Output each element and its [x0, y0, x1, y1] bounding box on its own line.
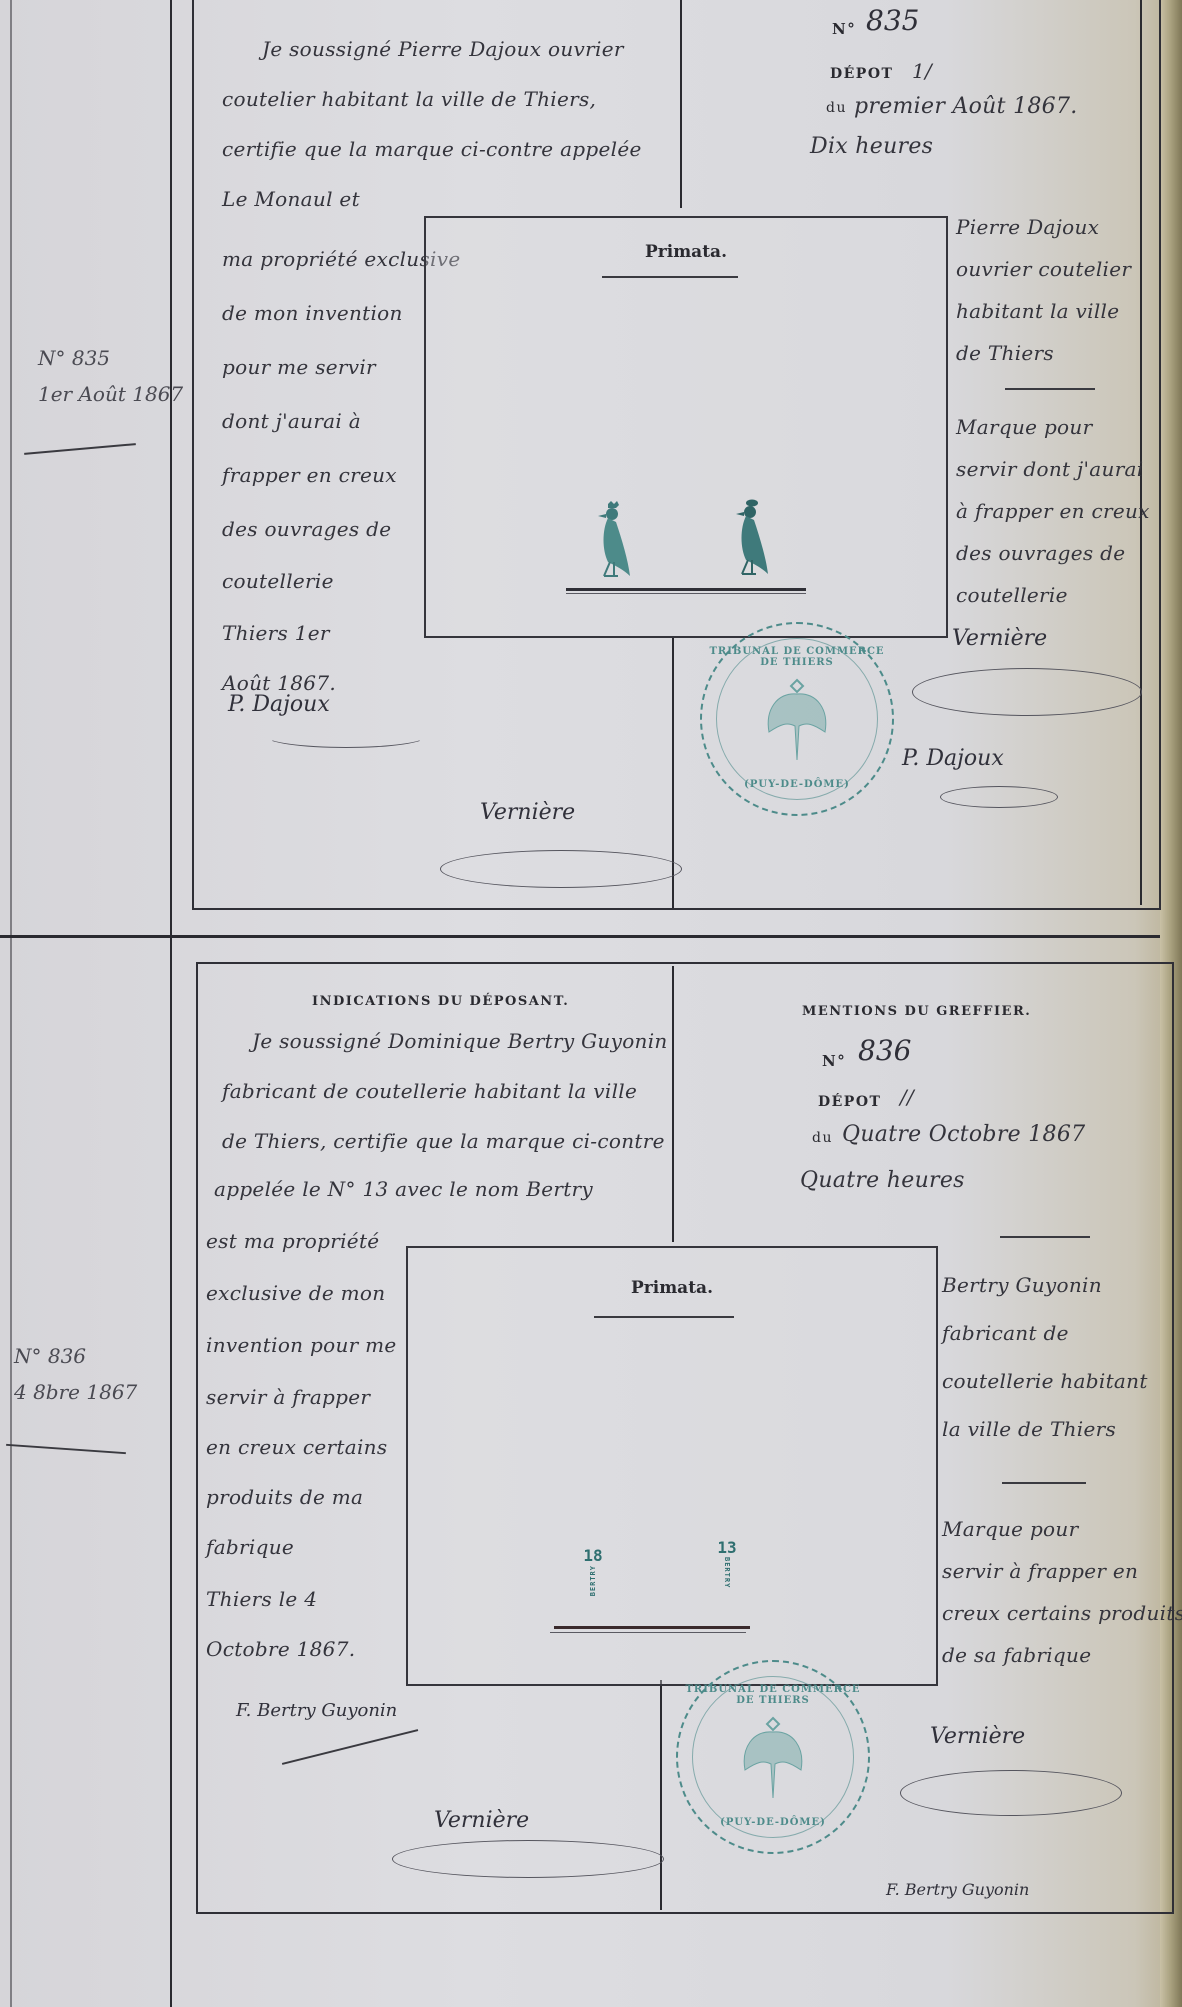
- deposant-line: de mon invention: [222, 290, 403, 336]
- column-divider: [680, 0, 682, 208]
- deposit-time: Dix heures: [810, 124, 933, 170]
- du-label: du: [826, 100, 847, 116]
- deposit-number: 835: [866, 4, 919, 37]
- deposant-header: INDICATIONS DU DÉPOSANT.: [312, 994, 569, 1009]
- greffier-header: MENTIONS DU GREFFIER.: [802, 1004, 1031, 1019]
- owner-line: la ville de Thiers: [942, 1408, 1116, 1450]
- owner-line: habitant la ville: [956, 290, 1119, 332]
- greffier-signature: Vernière: [952, 626, 1047, 651]
- section-divider: [1005, 388, 1095, 390]
- usage-line: Marque pour: [942, 1508, 1078, 1550]
- tribunal-seal: TRIBUNAL DE COMMERCE DE THIERS (PUY-DE-D…: [700, 622, 894, 816]
- number-label: N°: [832, 20, 856, 38]
- signature-flourish: [265, 724, 427, 748]
- deposit-time: Quatre heures: [800, 1158, 965, 1204]
- mark-title: Primata.: [426, 242, 946, 262]
- mark-baseline: [554, 1626, 750, 1629]
- number-label: N°: [822, 1052, 846, 1070]
- deposant-line: Thiers 1er: [222, 610, 330, 656]
- owner-line: de Thiers: [956, 332, 1054, 374]
- greffier-bottom-signature: Vernière: [480, 800, 575, 825]
- deposant-line: appelée le N° 13 avec le nom Bertry: [214, 1166, 593, 1212]
- margin-note-835: N° 835 1er Août 1867: [38, 340, 183, 412]
- depot-label: DÉPOT: [830, 66, 893, 82]
- deposant-line: en creux certains: [206, 1424, 387, 1470]
- deposant-line: produits de ma: [206, 1474, 363, 1520]
- deposant-line: pour me servir: [222, 344, 376, 390]
- deposant-line: frapper en creux: [222, 452, 397, 498]
- signature-flourish: [392, 1840, 664, 1878]
- entry-separator: [0, 935, 1160, 938]
- deposant-line: dont j'aurai à: [222, 398, 361, 444]
- deposant-line: invention pour me: [206, 1322, 397, 1368]
- column-divider: [672, 966, 674, 1242]
- margin-entry-number: N° 835: [38, 340, 183, 376]
- deposant-line: fabrique: [206, 1524, 294, 1570]
- usage-line: servir à frapper en: [942, 1550, 1138, 1592]
- mark-title: Primata.: [408, 1278, 936, 1298]
- du-label: du: [812, 1130, 833, 1146]
- deposant-line: Le Monaul et: [222, 176, 360, 222]
- signature-flourish: [912, 668, 1142, 716]
- usage-line: servir dont j'aurai: [956, 448, 1143, 490]
- mark-baseline: [550, 1632, 746, 1633]
- deposant-line: coutellerie: [222, 558, 334, 604]
- register-page: N° 835 1er Août 1867 Je soussigné Pierre…: [0, 0, 1182, 2007]
- deposant-line: exclusive de mon: [206, 1270, 385, 1316]
- owner-line: fabricant de: [942, 1312, 1069, 1354]
- deposant-signature: P. Dajoux: [228, 692, 330, 717]
- usage-line: creux certains produits: [942, 1592, 1182, 1634]
- deposant-line: certifie que la marque ci-contre appelée: [222, 126, 642, 172]
- deposant-line: Je soussigné Dominique Bertry Guyonin: [252, 1018, 668, 1064]
- mark-baseline: [566, 588, 806, 591]
- usage-line: coutellerie: [956, 574, 1068, 616]
- left-edge-rule: [10, 0, 12, 2007]
- eagle-emblem-icon: [757, 672, 837, 767]
- margin-entry-number: N° 836: [14, 1338, 137, 1374]
- usage-line: à frapper en creux: [956, 490, 1150, 532]
- deposant-line: Je soussigné Pierre Dajoux ouvrier: [262, 26, 624, 72]
- deposant-line: est ma propriété: [206, 1218, 379, 1264]
- deposant-line: Octobre 1867.: [206, 1626, 355, 1672]
- signature-flourish: [900, 1770, 1122, 1816]
- section-divider: [1002, 1482, 1086, 1484]
- bird-stamp-icon: [724, 498, 774, 578]
- deposit-date: Quatre Octobre 1867: [842, 1112, 1085, 1158]
- deposant-line: coutelier habitant la ville de Thiers,: [222, 76, 596, 122]
- signature-flourish: [440, 850, 682, 888]
- stamp-mark-13: 13 BERTRY: [712, 1538, 742, 1588]
- deposant-line: fabricant de coutellerie habitant la vil…: [222, 1068, 637, 1114]
- usage-line: de sa fabrique: [942, 1634, 1091, 1676]
- deposant-line: Thiers le 4: [206, 1576, 317, 1622]
- column-divider: [660, 1680, 662, 1910]
- deposant-line: des ouvrages de: [222, 506, 391, 552]
- margin-entry-date: 4 8bre 1867: [14, 1374, 137, 1410]
- deposant-countersignature: F. Bertry Guyonin: [886, 1880, 1029, 1899]
- deposant-line: servir à frapper: [206, 1374, 370, 1420]
- margin-underline: [6, 1444, 126, 1454]
- title-underline: [594, 1316, 734, 1318]
- tribunal-seal: TRIBUNAL DE COMMERCE DE THIERS (PUY-DE-D…: [676, 1660, 870, 1854]
- mark-box: Primata.: [424, 216, 948, 638]
- mark-box: Primata. 18 BERTRY 13 BERTRY: [406, 1246, 938, 1686]
- section-divider: [1000, 1236, 1090, 1238]
- owner-line: Pierre Dajoux: [956, 206, 1099, 248]
- seal-text-top: TRIBUNAL DE COMMERCE DE THIERS: [678, 1684, 868, 1706]
- margin-entry-date: 1er Août 1867: [38, 376, 183, 412]
- deposant-countersignature: P. Dajoux: [902, 746, 1004, 771]
- greffier-bottom-signature: Vernière: [434, 1808, 529, 1833]
- eagle-emblem-icon: [733, 1710, 813, 1805]
- owner-line: coutellerie habitant: [942, 1360, 1148, 1402]
- margin-underline: [24, 443, 136, 455]
- deposit-number: 836: [858, 1034, 911, 1067]
- usage-line: Marque pour: [956, 406, 1092, 448]
- seal-text-top: TRIBUNAL DE COMMERCE DE THIERS: [702, 646, 892, 668]
- bird-stamp-icon: [586, 500, 636, 580]
- margin-note-836: N° 836 4 8bre 1867: [14, 1338, 137, 1410]
- deposant-signature: F. Bertry Guyonin: [236, 1700, 397, 1721]
- depot-label: DÉPOT: [818, 1094, 881, 1110]
- seal-text-bottom: (PUY-DE-DÔME): [702, 779, 892, 790]
- owner-line: Bertry Guyonin: [942, 1264, 1102, 1306]
- greffier-signature: Vernière: [930, 1724, 1025, 1749]
- signature-flourish: [940, 786, 1058, 808]
- usage-line: des ouvrages de: [956, 532, 1125, 574]
- margin-rule: [170, 0, 172, 2007]
- title-underline: [602, 276, 738, 278]
- owner-line: ouvrier coutelier: [956, 248, 1131, 290]
- deposant-line: de Thiers, certifie que la marque ci-con…: [222, 1118, 665, 1164]
- mark-baseline: [566, 593, 806, 594]
- stamp-mark-18: 18 BERTRY: [578, 1546, 608, 1596]
- seal-text-bottom: (PUY-DE-DÔME): [678, 1817, 868, 1828]
